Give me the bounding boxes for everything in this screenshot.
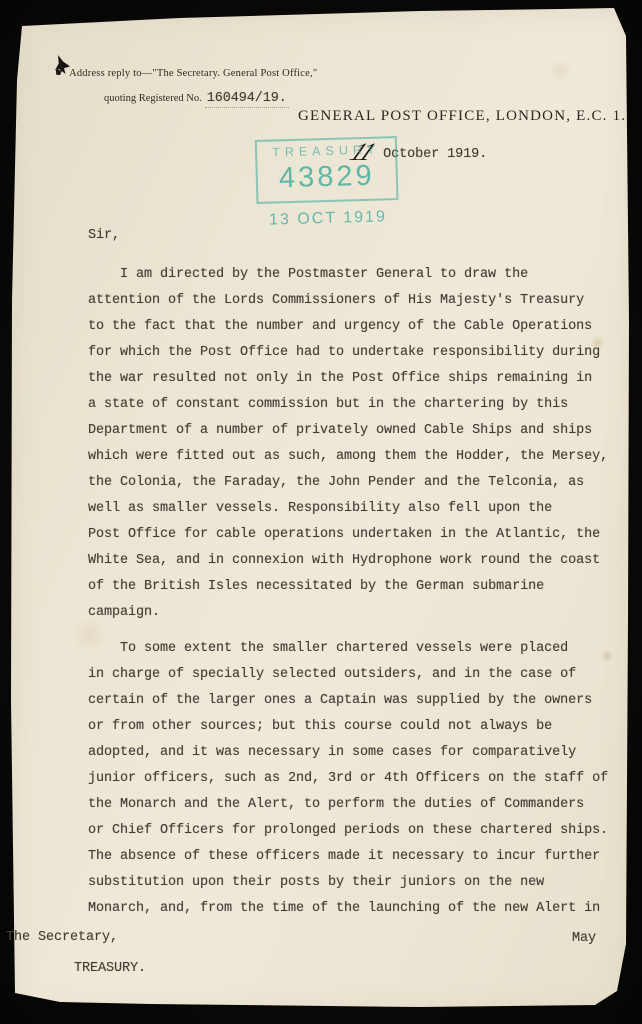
letter-line: Department of a number of privately owne… xyxy=(88,418,636,444)
letter-line: junior officers, such as 2nd, 3rd or 4th… xyxy=(88,766,636,792)
registered-number: 160494/19. xyxy=(205,91,289,108)
office-header: GENERAL POST OFFICE, LONDON, E.C. 1. xyxy=(298,108,610,125)
letter-line: The absence of these officers made it ne… xyxy=(88,844,636,870)
letter-line: certain of the larger ones a Captain was… xyxy=(88,688,636,714)
salutation: Sir, xyxy=(88,228,120,243)
stamp-date: 13 OCT 1919 xyxy=(257,208,399,230)
stamp-office-name: TREASURY xyxy=(257,142,395,160)
letter-line: well as smaller vessels. Responsibility … xyxy=(88,496,636,522)
letter-line: White Sea, and in connexion with Hydroph… xyxy=(88,548,636,574)
letter-line: which were fitted out as such, among the… xyxy=(88,444,636,470)
registered-number-line: quoting Registered No.160494/19. xyxy=(104,88,289,106)
letter-line: to the fact that the number and urgency … xyxy=(88,314,636,340)
letter-line: in charge of specially selected outsider… xyxy=(88,662,636,688)
letter-line: the war resulted not only in the Post Of… xyxy=(88,366,636,392)
scanned-letter-page: ☛Address reply to—"The Secretary. Genera… xyxy=(0,0,642,1024)
letter-line: To some extent the smaller chartered ves… xyxy=(88,636,636,662)
stamp-number: 43829 xyxy=(257,159,396,196)
letter-content: ☛Address reply to—"The Secretary. Genera… xyxy=(0,0,642,1024)
footer-addressee-line2: TREASURY. xyxy=(74,961,146,976)
letter-line: substitution upon their posts by their j… xyxy=(88,870,636,896)
stamp-border-box: TREASURY 43829 xyxy=(255,136,399,204)
letter-line: or from other sources; but this course c… xyxy=(88,714,636,740)
letter-line: Post Office for cable operations underta… xyxy=(88,522,636,548)
address-note-text: Address reply to—"The Secretary. General… xyxy=(69,68,317,79)
letter-line: the Colonia, the Faraday, the John Pende… xyxy=(88,470,636,496)
body-paragraph-2: To some extent the smaller chartered ves… xyxy=(88,636,636,922)
quoting-label: quoting Registered No. xyxy=(104,93,202,104)
letter-line: for which the Post Office had to underta… xyxy=(88,340,636,366)
footer-addressee-line1: The Secretary, xyxy=(6,930,118,945)
letter-line: campaign. xyxy=(88,600,636,626)
letter-line: of the British Isles necessitated by the… xyxy=(88,574,636,600)
letter-line: Monarch, and, from the time of the launc… xyxy=(88,896,636,922)
letter-line: a state of constant commission but in th… xyxy=(88,392,636,418)
treasury-receipt-stamp: TREASURY 43829 13 OCT 1919 xyxy=(255,136,399,230)
address-reply-note: ☛Address reply to—"The Secretary. Genera… xyxy=(55,66,317,79)
letter-line: the Monarch and the Alert, to perform th… xyxy=(88,792,636,818)
catchword: May xyxy=(572,931,596,946)
body-paragraph-1: I am directed by the Postmaster General … xyxy=(88,262,636,626)
letter-line: or Chief Officers for prolonged periods … xyxy=(88,818,636,844)
letter-line: I am directed by the Postmaster General … xyxy=(88,262,636,288)
letter-line: attention of the Lords Commissioners of … xyxy=(88,288,636,314)
date-text: October 1919. xyxy=(383,147,487,162)
pointing-hand-icon: ☛ xyxy=(55,66,65,79)
letter-line: adopted, and it was necessary in some ca… xyxy=(88,740,636,766)
